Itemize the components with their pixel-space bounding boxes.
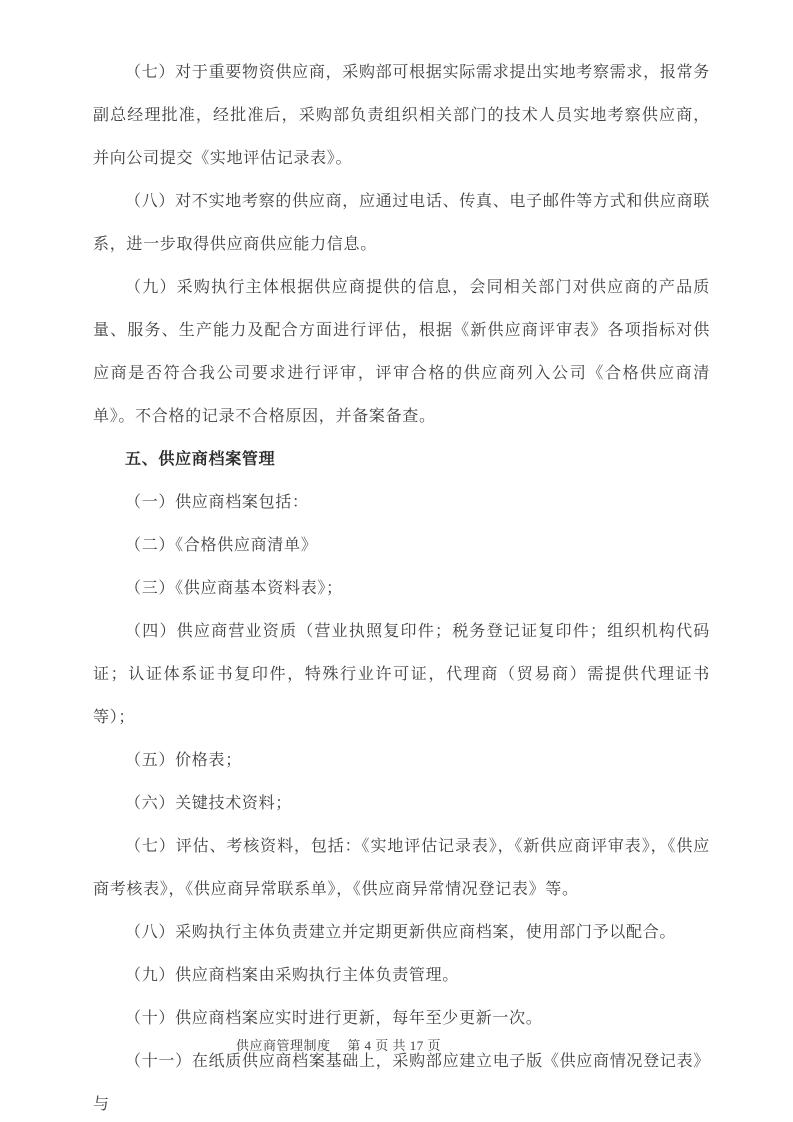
document-body: （七）对于重要物资供应商，采购部可根据实际需求提出实地考察需求，报常务副总经理批… — [93, 51, 710, 1122]
page-footer: 供应商管理制度 第 4 页 共 17 页 — [236, 1037, 441, 1055]
section-heading: 五、供应商档案管理 — [93, 438, 710, 481]
footer-page-indicator: 第 4 页 共 17 页 — [347, 1038, 441, 1053]
document-page: （七）对于重要物资供应商，采购部可根据实际需求提出实地考察需求，报常务副总经理批… — [0, 0, 793, 1122]
paragraph: （八）对不实地考察的供应商，应通过电话、传真、电子邮件等方式和供应商联系，进一步… — [93, 180, 710, 266]
footer-document-title: 供应商管理制度 — [236, 1038, 331, 1053]
paragraph: （十）供应商档案应实时进行更新，每年至少更新一次。 — [93, 997, 710, 1040]
paragraph: （三）《供应商基本资料表》； — [93, 567, 710, 610]
paragraph: （二）《合格供应商清单》 — [93, 524, 710, 567]
paragraph: （五）价格表； — [93, 739, 710, 782]
paragraph: （八）采购执行主体负责建立并定期更新供应商档案，使用部门予以配合。 — [93, 911, 710, 954]
paragraph: （九）供应商档案由采购执行主体负责管理。 — [93, 954, 710, 997]
paragraph: （六）关键技术资料； — [93, 782, 710, 825]
paragraph: （一）供应商档案包括： — [93, 481, 710, 524]
paragraph: （四）供应商营业资质（营业执照复印件；税务登记证复印件；组织机构代码证；认证体系… — [93, 610, 710, 739]
paragraph: （九）采购执行主体根据供应商提供的信息，会同相关部门对供应商的产品质量、服务、生… — [93, 266, 710, 438]
paragraph: （七）对于重要物资供应商，采购部可根据实际需求提出实地考察需求，报常务副总经理批… — [93, 51, 710, 180]
paragraph: （七）评估、考核资料，包括：《实地评估记录表》，《新供应商评审表》，《供应商考核… — [93, 825, 710, 911]
